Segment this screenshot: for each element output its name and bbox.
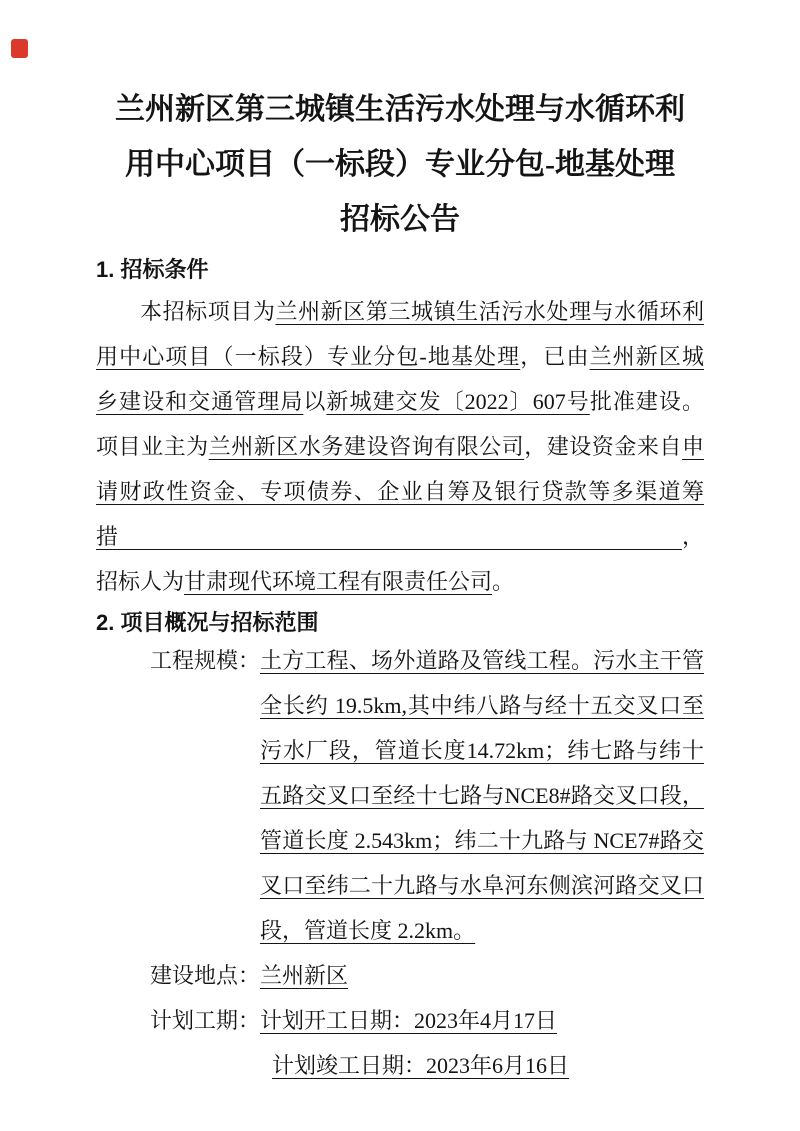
text-line: 计划开工日期：2023年4月17日 xyxy=(260,998,704,1043)
title-line-3: 招标公告 xyxy=(96,192,704,247)
project-scale-row: 工程规模： 土方工程、场外道路及管线工程。污水主干管全长约 19.5km,其中纬… xyxy=(96,638,704,953)
text-line: 污水厂段，管道长度14.72km；纬七路与纬十 xyxy=(260,728,704,773)
text-line: 五路交叉口至经十七路与NCE8#路交叉口段， xyxy=(260,773,704,818)
underlined-text: 兰州新区第三城镇生活污水处理与水循环利 xyxy=(276,299,704,324)
underlined-text: 兰州新区城 xyxy=(590,344,704,369)
text-segment: 段，管道长度 2.2km。 xyxy=(260,918,475,943)
construction-site-label: 建设地点： xyxy=(150,953,260,998)
construction-site-value: 兰州新区 xyxy=(260,953,704,998)
text-line: 乡建设和交通管理局以新城建交发〔2022〕607号批准建设。 xyxy=(96,379,704,424)
text-line: 叉口至纬二十九路与水阜河东侧滨河路交叉口 xyxy=(260,863,704,908)
text-segment: 计划竣工日期：2023年6月16日 xyxy=(272,1053,569,1078)
underlined-text: 兰州新区水务建设咨询有限公司 xyxy=(209,434,525,459)
document-title: 兰州新区第三城镇生活污水处理与水循环利 用中心项目（一标段）专业分包-地基处理 … xyxy=(96,82,704,247)
text-segment: 叉口至纬二十九路与水阜河东侧滨河路交叉口 xyxy=(260,873,704,898)
text-segment: 招标人为 xyxy=(96,569,184,594)
text-segment: 五路交叉口至经十七路与NCE8#路交叉口段， xyxy=(260,783,704,808)
underlined-text: 申 xyxy=(682,434,704,459)
underlined-text: 甘肃现代环境工程有限责任公司 xyxy=(184,569,492,594)
text-line: 兰州新区 xyxy=(260,953,704,998)
project-scale-value: 土方工程、场外道路及管线工程。污水主干管全长约 19.5km,其中纬八路与经十五… xyxy=(260,638,704,953)
text-segment: 批准建设。 xyxy=(590,389,704,414)
planned-schedule-row: 计划工期： 计划开工日期：2023年4月17日 xyxy=(96,998,704,1043)
text-line: 管道长度 2.543km；纬二十九路与 NCE7#路交 xyxy=(260,818,704,863)
construction-site-row: 建设地点： 兰州新区 xyxy=(96,953,704,998)
title-line-2: 用中心项目（一标段）专业分包-地基处理 xyxy=(96,137,704,192)
text-line: 计划竣工日期：2023年6月16日 xyxy=(272,1043,704,1088)
text-segment: 土方工程、场外道路及管线工程。污水主干管 xyxy=(260,648,704,673)
tender-conditions-paragraph: 本招标项目为兰州新区第三城镇生活污水处理与水循环利用中心项目（一标段）专业分包-… xyxy=(96,289,704,604)
text-line: 用中心项目（一标段）专业分包-地基处理，已由兰州新区城 xyxy=(96,334,704,379)
planned-completion-row: 计划竣工日期：2023年6月16日 xyxy=(96,1043,704,1088)
text-segment: 。 xyxy=(492,569,514,594)
text-segment: 全长约 19.5km,其中纬八路与经十五交叉口至 xyxy=(260,693,704,718)
text-segment: 项目业主为 xyxy=(96,434,209,459)
text-line: 项目业主为兰州新区水务建设咨询有限公司，建设资金来自申 xyxy=(96,424,704,469)
underlined-text: 乡建设和交通管理局 xyxy=(96,389,303,414)
text-segment: 污水厂段，管道长度14.72km；纬七路与纬十 xyxy=(260,738,704,763)
text-line: 本招标项目为兰州新区第三城镇生活污水处理与水循环利 xyxy=(96,289,704,334)
section-2-heading: 2. 项目概况与招标范围 xyxy=(96,608,704,638)
text-segment: ， xyxy=(682,524,704,549)
text-segment: ，已由 xyxy=(520,344,589,369)
red-annotation-mark xyxy=(11,39,28,58)
text-segment: 计划开工日期：2023年4月17日 xyxy=(260,1008,557,1033)
text-line: 全长约 19.5km,其中纬八路与经十五交叉口至 xyxy=(260,683,704,728)
project-scale-label: 工程规模： xyxy=(150,638,260,953)
text-line: 段，管道长度 2.2km。 xyxy=(260,908,704,953)
planned-schedule-label: 计划工期： xyxy=(150,998,260,1043)
text-line: 招标人为甘肃现代环境工程有限责任公司。 xyxy=(96,559,704,604)
underlined-text: 新城建交发〔2022〕607号 xyxy=(326,389,589,414)
title-line-1: 兰州新区第三城镇生活污水处理与水循环利 xyxy=(96,82,704,137)
text-segment: 本招标项目为 xyxy=(140,299,276,324)
planned-completion-label xyxy=(150,1043,260,1088)
text-line: 请财政性资金、专项债券、企业自筹及银行贷款等多渠道筹措， xyxy=(96,469,704,559)
planned-start-date-value: 计划开工日期：2023年4月17日 xyxy=(260,998,704,1043)
text-line: 土方工程、场外道路及管线工程。污水主干管 xyxy=(260,638,704,683)
text-segment: 以 xyxy=(303,389,326,414)
planned-completion-date-value: 计划竣工日期：2023年6月16日 xyxy=(260,1043,704,1088)
underlined-text: 请财政性资金、专项债券、企业自筹及银行贷款等多渠道筹措 xyxy=(96,479,704,549)
underlined-text: 用中心项目（一标段）专业分包-地基处理 xyxy=(96,344,520,369)
section-1-heading: 1. 招标条件 xyxy=(96,255,704,285)
text-segment: 兰州新区 xyxy=(260,963,348,988)
text-segment: ，建设资金来自 xyxy=(524,434,682,459)
text-segment: 管道长度 2.543km；纬二十九路与 NCE7#路交 xyxy=(260,828,704,853)
document-page: 兰州新区第三城镇生活污水处理与水循环利 用中心项目（一标段）专业分包-地基处理 … xyxy=(0,0,800,1131)
document-content: 兰州新区第三城镇生活污水处理与水循环利 用中心项目（一标段）专业分包-地基处理 … xyxy=(0,82,800,1088)
